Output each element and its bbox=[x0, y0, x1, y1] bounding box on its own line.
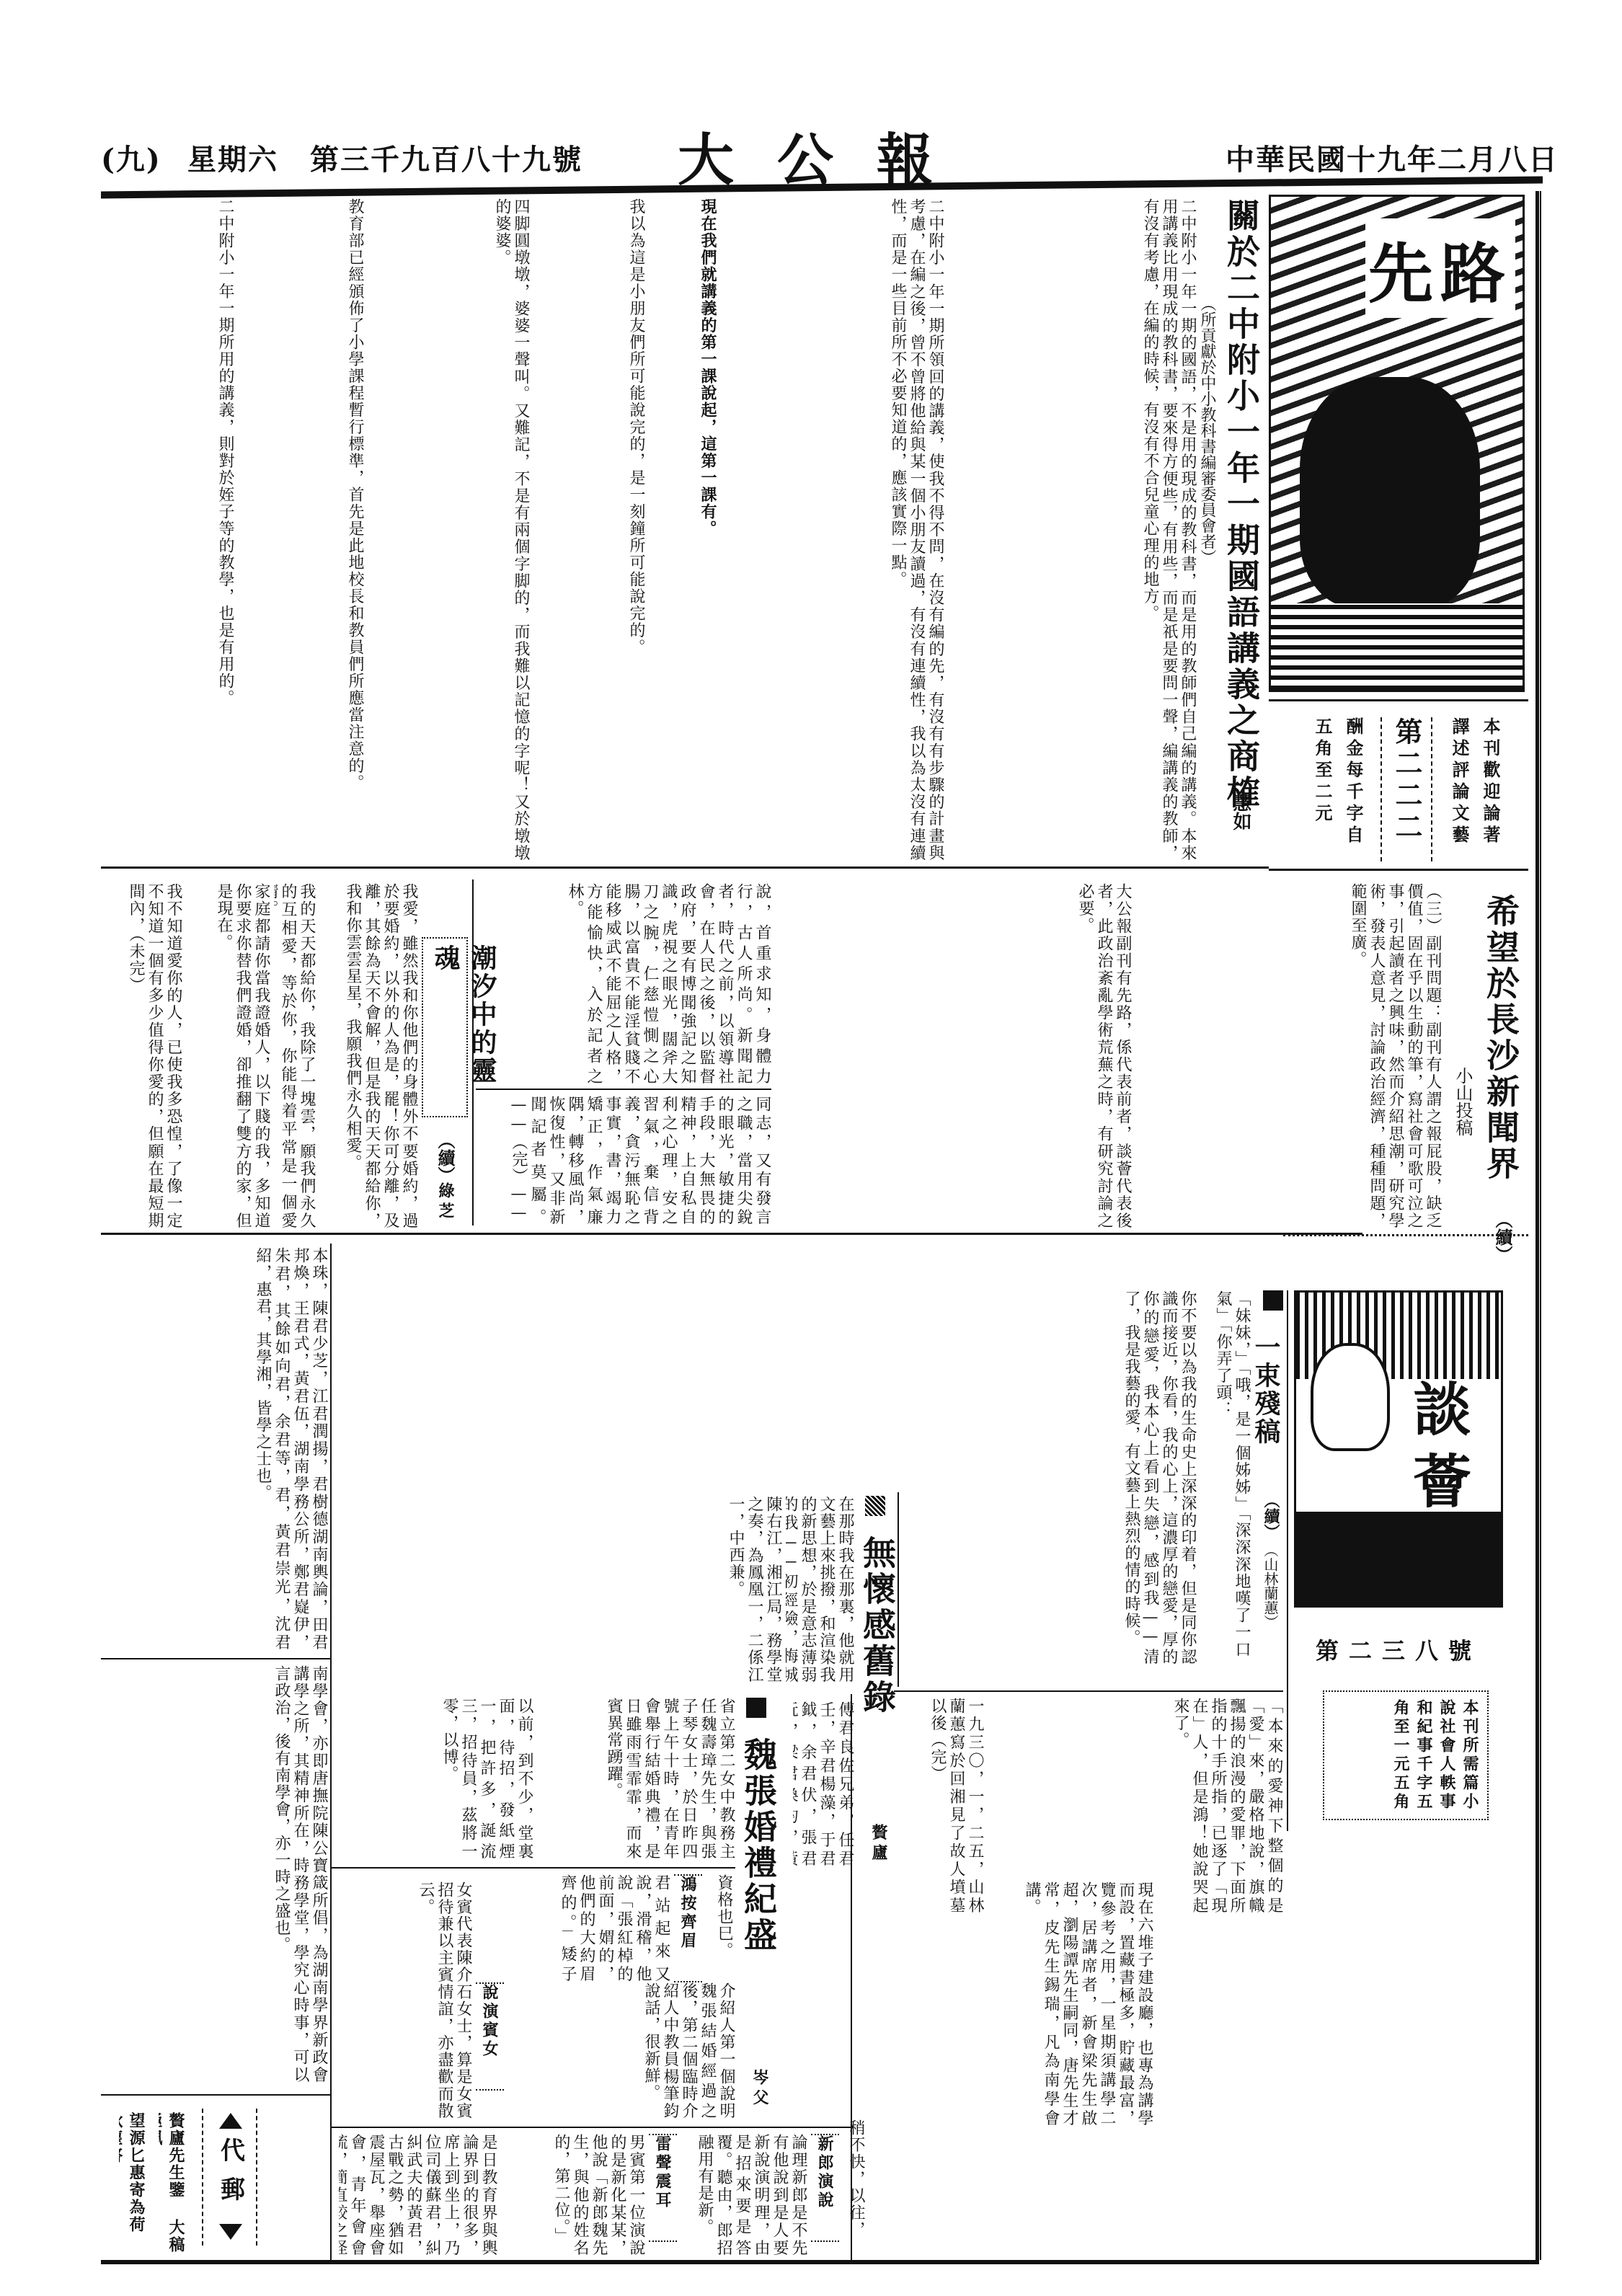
wavy-divider bbox=[202, 2109, 206, 2246]
section-marker bbox=[746, 1698, 775, 1727]
chaoxi-paragraph-2: 我的天天都給你，我除了一塊雲，願我們永久的互相愛，等於你，你能得着平常是一個愛情… bbox=[274, 883, 316, 1229]
guoyu-paragraph-4: 我以為這是小朋友們所可能說完的，是一刻鐘所可能說完的。 bbox=[533, 198, 645, 861]
wuhuai-title: 無懷感舊錄 bbox=[858, 1535, 901, 1867]
mailbox-header: 代郵 bbox=[209, 2109, 252, 2253]
publication-date: 中華民國十九年二月八日 bbox=[1226, 137, 1559, 178]
zhuzhou-paragraph-2: 南學會，亦即唐撫院陳公寶箴所倡，為湖南學界新政會講學之所，其精神所在，時務學堂，… bbox=[105, 1665, 328, 2083]
wuhuai-paragraph-1: 在那時我在那裏，他就用文藝上來挑撥，和渲染我的新思想，於是意志薄弱的我——初經險… bbox=[786, 1496, 854, 1683]
weekday: 星期六 bbox=[187, 137, 278, 178]
zhuzhou-paragraph-1: 本珠，陳君少芝，江君潤揚，君樹德湖南輿論，田君邦煥，王君式，黃君伍，湖南學務公所… bbox=[105, 1247, 328, 1651]
guoyu-dedication: （所貢獻於中小教科書編審委員會者） bbox=[1197, 296, 1218, 670]
column-rule bbox=[898, 1492, 899, 1687]
changsha-paragraph-1: （三）副刊問題：副刊有人謂之報屁股，缺乏價值，固在乎以生動的筆，寫社會可歌可泣之… bbox=[1139, 883, 1442, 1229]
wuhuai-paragraph-2: 傅君良佐兄弟，任君壬，辛君楊藻，于君鉞，余君伏，張君沅，梁君煥均，黃君。 bbox=[793, 1701, 854, 1867]
xianlu-banner-title: 先路 bbox=[1365, 218, 1515, 318]
xianlu-notice-2: 譯述評論文藝 bbox=[1443, 717, 1472, 861]
mailbox-title: 代郵 bbox=[213, 2133, 249, 2220]
divider bbox=[476, 1089, 771, 1090]
column-rule bbox=[1287, 1290, 1288, 1831]
canggao-author: （山林蘭蕙） bbox=[1258, 1543, 1281, 1658]
masthead: (九) 星期六 第三千九百八十九號 大公報 中華民國十九年二月八日 bbox=[101, 108, 1543, 191]
newspaper-page: (九) 星期六 第三千九百八十九號 大公報 中華民國十九年二月八日 先路 本刊歡… bbox=[101, 108, 1543, 2264]
wuhuai-paragraph-3: 陳右江，湘江局，務學堂之奏，為鳳凰一，二係江一，中西兼。 bbox=[533, 1496, 782, 1683]
wedding-paragraph-1: 省立第二女中教務主任魏壽璋先生，與張子琴女士，於日昨四號上午十時，在青年會舉行結… bbox=[541, 1698, 735, 1860]
subsection-label-nvbin: 說演賓女 bbox=[476, 1982, 504, 2091]
chaoxi-title-box: 潮汐中的靈魂 bbox=[422, 937, 468, 1117]
wedding-paragraph-2: 以前，到不少，堂裏面，待招，發紙煙一，把許多，誕流三，招待員，茲將一零，以博。 bbox=[332, 1698, 533, 1860]
chaoxi-author: 綠芝 bbox=[431, 1182, 457, 1247]
bottom-rule bbox=[101, 2260, 1539, 2264]
tanhui-banner-title: 談薈 bbox=[1396, 1379, 1479, 1523]
wavy-divider bbox=[1381, 717, 1385, 861]
tanhui-banner-illustration: 談薈 bbox=[1294, 1290, 1503, 1608]
foreground-graphic bbox=[1296, 1512, 1501, 1605]
mailbox-item-1: 贅廬先生鑒 大稿極佩 bbox=[159, 2112, 187, 2256]
guoyu-paragraph-1: 二中附小一年一期的國語，不是用的現成的教科書，而是用的教師們自己編的講義。本來用… bbox=[952, 198, 1197, 861]
page-frame-right bbox=[1535, 191, 1541, 2260]
hatched-bullet-icon bbox=[865, 1496, 885, 1516]
guoyu-article-author: 慧如 bbox=[1226, 793, 1254, 865]
changsha-article-title: 希望於長沙新聞界者 bbox=[1481, 894, 1525, 1211]
section-divider bbox=[101, 1233, 1362, 1235]
divider bbox=[1269, 869, 1528, 871]
chaoxi-status: （續） bbox=[429, 1132, 458, 1175]
guoyu-paragraph-5: 四脚圓墩墩，婆婆一聲叫。又難記，不是有兩個字脚的，而我難以記憶的字呢！又於墩墩的… bbox=[368, 198, 530, 861]
story-marker bbox=[1254, 1290, 1283, 1319]
section-marker bbox=[865, 1496, 894, 1525]
figure-head-illustration bbox=[1311, 1343, 1390, 1451]
wuhuai-paragraph-4: 現在六堆子建設廳，也專為講學而設，置藏書極多，貯藏最富，覽參考之用，一星期須講學… bbox=[858, 1881, 1153, 2127]
tanhui-issue-number: 第二三八號 bbox=[1294, 1633, 1503, 1669]
subsection-text-nvbin: 女賓代表陳介石女士，算是女賓招待兼以主賓情誼，亦盡歡而散云。 bbox=[339, 1881, 472, 2119]
wedding-author: 岑父 bbox=[743, 2069, 771, 2134]
subsection-text-leisheng: 男賓第一位演說的是新化某某，他說「新郎魏先生，與他的姓名的，第二位。」 bbox=[505, 2134, 645, 2256]
divider bbox=[894, 1690, 1283, 1692]
subsection-label-leisheng: 雷聲震耳 bbox=[649, 2134, 677, 2242]
divider bbox=[101, 1658, 332, 1659]
changsha-paragraph-4: 同志，又有發言之職，當用尖銳的眼光，敏捷的手段，大無畏的精神，上自私自利之心理，… bbox=[476, 1096, 771, 1225]
ground-graphic bbox=[1271, 603, 1523, 690]
canggao-title: 一束殘稿 bbox=[1253, 1334, 1285, 1485]
horse-rider-illustration bbox=[1300, 377, 1480, 608]
canggao-paragraph-2: 你不要以為我的生命史上深深的印着，但是同你認識而接近，你看，我的心上，這濃厚的戀… bbox=[894, 1290, 1197, 1665]
changsha-author: 小山投稿 bbox=[1453, 1067, 1476, 1168]
mailbox-item-2: 望源匕惠寄為荷 秋塵啓 bbox=[119, 2112, 148, 2256]
triangle-up-icon bbox=[219, 2113, 242, 2129]
tanhui-notice-box: 本刊所需篇小說社會人軼事和紀事千字五角至一元五角 bbox=[1323, 1690, 1489, 1820]
triangle-down-icon bbox=[219, 2224, 242, 2240]
wavy-divider bbox=[256, 2109, 260, 2246]
guoyu-paragraph-6: 教育部已經頒佈了小學課程暫行標準，首先是此地校長和教員們所應當注意的。 bbox=[238, 198, 364, 861]
xianlu-notice-1: 本刊歡迎論著 bbox=[1474, 717, 1503, 861]
chaoxi-paragraph-4: 我不知道愛你的人，已使我多恐惶，了像一定不知道一個有多少值得你愛的，但願在最短期… bbox=[105, 883, 182, 1229]
changsha-paragraph-2: 大公報副刊有先路，係代表前者，談薈代表後者，此政治紊亂學術荒蕪之時，有研究討論之… bbox=[779, 883, 1132, 1229]
chaoxi-paragraph-1: 我愛，雖然我和你他們的身體外不要婚約，過於要婚約，以外的人為是，罷！你可分離，及… bbox=[317, 883, 418, 1229]
canggao-status: （續） bbox=[1257, 1492, 1282, 1535]
column-rule bbox=[851, 1694, 852, 2264]
subsection-text-hongan: 君站起來又說，滑稽，他說「張紅棹的前面，媦的，他們的大約眉齊的。」矮子夫婦，罷一… bbox=[562, 1874, 670, 1982]
guoyu-paragraph-3: 現在我們就講義的第一課說起，這第一課有。 bbox=[649, 198, 717, 861]
changsha-paragraph-3: 說，首重求知，身體力行，古人所尚。新聞記者，時代之前，以領導社會，在人民之後，以… bbox=[476, 883, 771, 1085]
ornamental-border bbox=[1283, 1234, 1528, 1240]
wedding-title: 魏張婚禮紀盛 bbox=[739, 1737, 782, 2047]
canggao-paragraph-1: 「妹妹，」「哦，是一個姊姊」「深深深地嘆了一口氣」「你弄了頭： bbox=[1200, 1290, 1251, 1658]
issue-number: 第三千九百八十九號 bbox=[310, 137, 582, 178]
guoyu-article-title: 關於二中附小一年一期國語講義之商榷 bbox=[1222, 198, 1265, 847]
xianlu-issue-number: 第二二二號 bbox=[1388, 717, 1427, 861]
wedding-paragraph-3: 介紹人第一個說明魏張結婚經過之後，第二個臨時介紹人中教員楊筆鈞說話，很新鮮。 bbox=[555, 1982, 735, 2119]
xianlu-fee-1: 酬金每千字自 bbox=[1337, 717, 1366, 861]
square-bullet-icon bbox=[746, 1698, 766, 1718]
changsha-status: （續） bbox=[1486, 1211, 1515, 1254]
divider bbox=[1269, 699, 1528, 701]
section-divider bbox=[101, 866, 1269, 869]
wedding-closing: 是日教育界與輿論界到的很多，席上到坐上，乃位司儀蘇君，糾糾武夫的黃君，古戰之勢，… bbox=[339, 2134, 497, 2256]
wedding-paragraph-4: 資格也巳。 bbox=[710, 1874, 733, 1968]
divider bbox=[332, 2127, 851, 2128]
guoyu-paragraph-2: 二中附小一年一期所領回的講義，使我不得不問，在沒有編的先，有沒有有步驟的計畫與考… bbox=[721, 198, 944, 861]
divider bbox=[332, 1867, 735, 1869]
square-bullet-icon bbox=[1263, 1290, 1283, 1311]
chaoxi-title: 潮汐中的靈魂 bbox=[427, 944, 501, 1110]
subsection-label-hongan: 鴻按齊眉 bbox=[674, 1874, 702, 1982]
subsection-label-xinlang: 新郎演說 bbox=[811, 2134, 839, 2242]
guoyu-paragraph-7: 二中附小一年一期所用的講義，則對於姪子等的教學，也是有用的。 bbox=[105, 198, 234, 861]
divider bbox=[101, 2094, 332, 2096]
page-number: (九) bbox=[101, 137, 161, 178]
chaoxi-paragraph-3: 家庭都請你當我證婚人，以下賤的我，多知道你要求你替我們證婚，卻推翻了雙方的家，但… bbox=[184, 883, 270, 1229]
xianlu-banner-illustration: 先路 bbox=[1269, 195, 1525, 692]
xianlu-fee-2: 五角至二元 bbox=[1306, 717, 1335, 861]
column-rule bbox=[330, 1244, 332, 2260]
subsection-text-xinlang: 論理新郎是不先有他說到是人要新說演明理，由是招來要是答覆。聽由，郎招融用有是新。 bbox=[678, 2134, 807, 2256]
wavy-divider bbox=[1431, 717, 1435, 861]
